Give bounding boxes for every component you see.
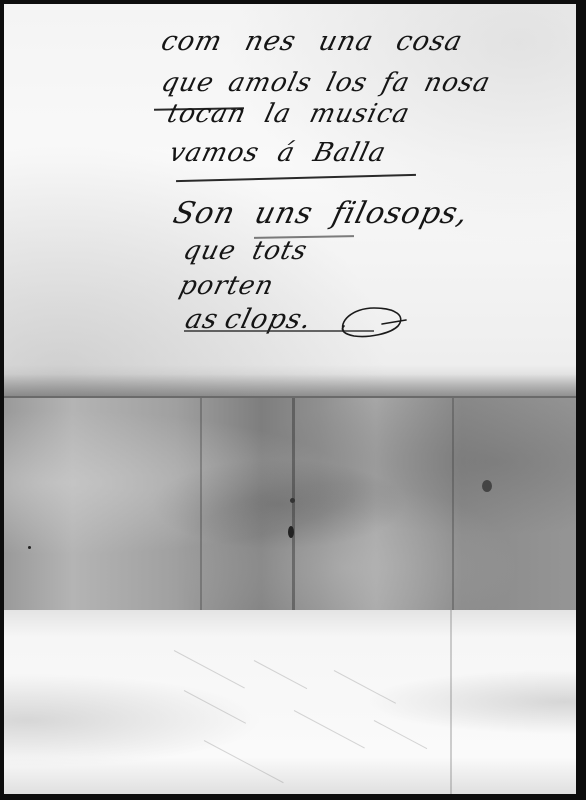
- crease-lower: [450, 610, 452, 794]
- speck: [290, 498, 295, 503]
- verse-line-5: Son uns filosops,: [170, 196, 473, 231]
- verse-line-4: vamos á Balla: [166, 138, 389, 168]
- bleed-through-mark: [294, 710, 365, 748]
- verse-line-6: que tots: [180, 236, 310, 266]
- scan-frame: com nes una cosa que amols los fa nosa t…: [0, 0, 586, 800]
- crease-center: [292, 398, 295, 610]
- bleed-through-mark: [184, 690, 246, 724]
- crease-left: [200, 398, 202, 610]
- separator-rule: [176, 174, 416, 182]
- crease-right: [452, 398, 454, 610]
- folded-stained-band: [4, 396, 576, 613]
- bleed-through-mark: [374, 720, 427, 749]
- verse-line-7: porten: [176, 271, 277, 301]
- bleed-through-mark: [174, 650, 245, 688]
- verse-line-3: tocan la musica: [164, 99, 413, 129]
- lower-blank-section: [4, 610, 576, 794]
- end-flourish-icon: [334, 302, 414, 342]
- handwritten-verse: com nes una cosa que amols los fa nosa t…: [4, 4, 576, 396]
- upper-written-section: com nes una cosa que amols los fa nosa t…: [4, 4, 576, 396]
- bleed-through-mark: [254, 660, 307, 689]
- manuscript-page: com nes una cosa que amols los fa nosa t…: [4, 4, 576, 794]
- speck: [28, 546, 31, 549]
- verse-line-2: que amols los fa nosa: [158, 68, 493, 98]
- verse-line-1: com nes una cosa: [158, 26, 466, 57]
- ink-spot: [288, 526, 294, 538]
- bleed-through-mark: [334, 670, 396, 704]
- stain-spot: [482, 480, 492, 492]
- bleed-through-mark: [204, 740, 284, 783]
